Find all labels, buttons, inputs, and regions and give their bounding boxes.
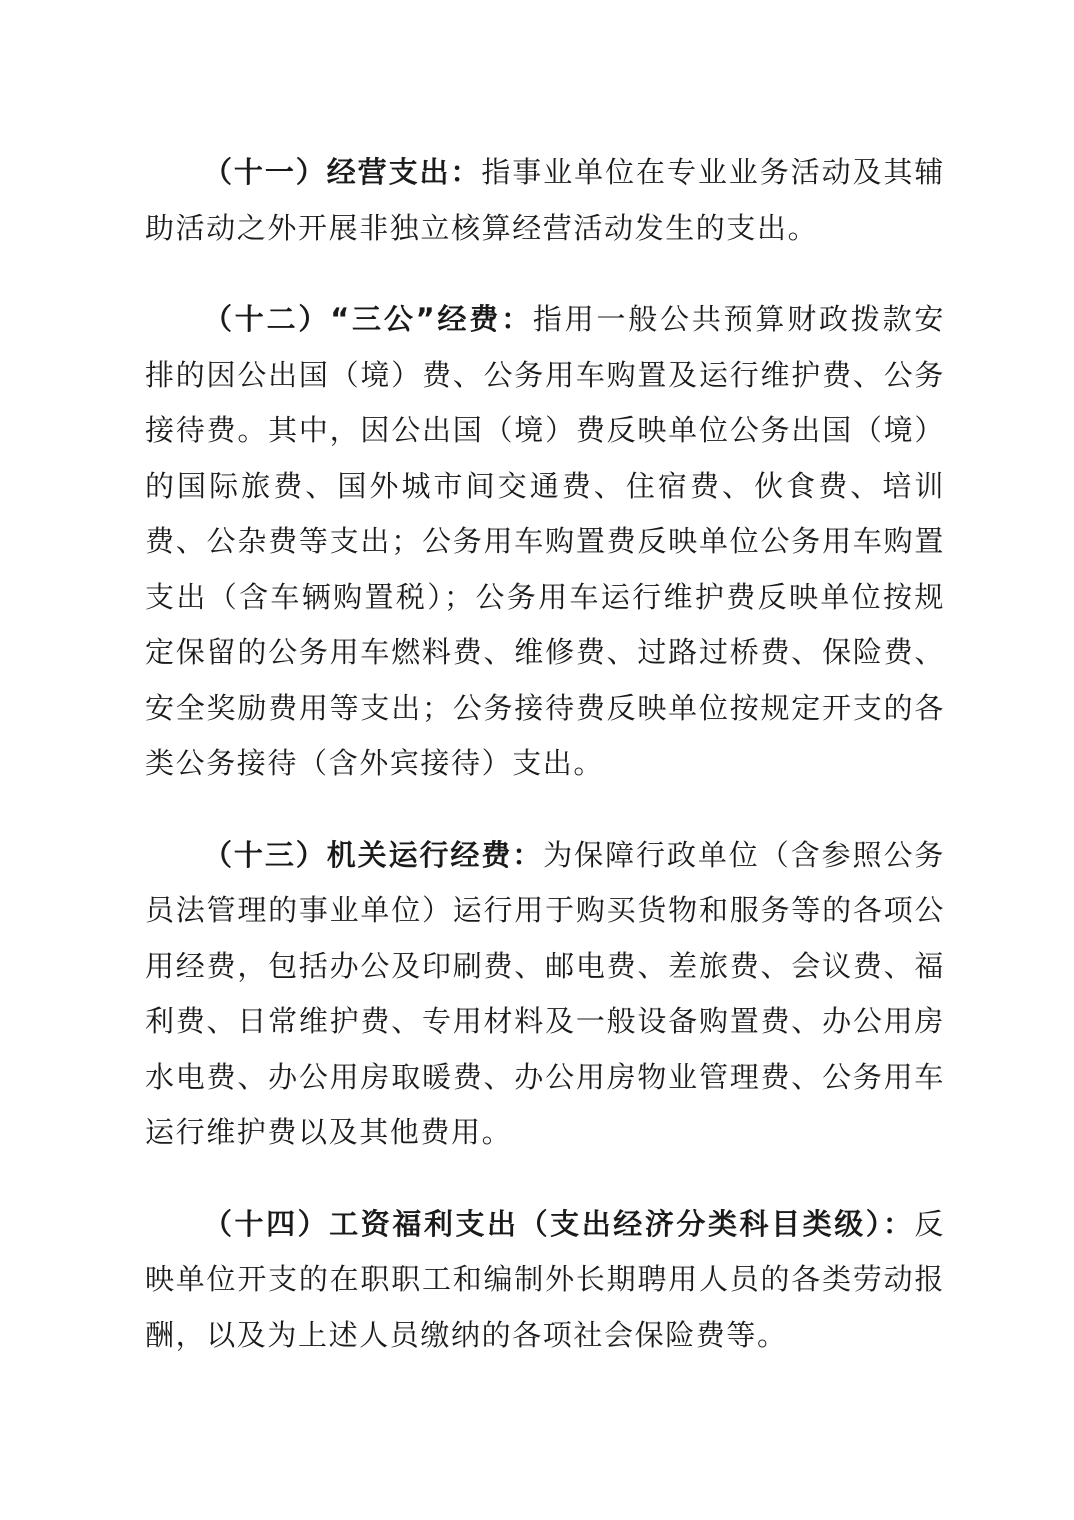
definition-term-14: （十四）工资福利支出（支出经济分类科目类级）：: [203, 1207, 914, 1241]
definition-paragraph-12: （十二）“三公”经费：指用一般公共预算财政拨款安排的因公出国（境）费、公务用车购…: [145, 292, 945, 792]
definition-term-11: （十一）经营支出：: [203, 155, 481, 189]
definition-paragraph-14: （十四）工资福利支出（支出经济分类科目类级）：反映单位开支的在职职工和编制外长期…: [145, 1197, 945, 1364]
item-number: （十四）: [203, 1207, 329, 1241]
document-page: （十一）经营支出：指事业单位在专业业务活动及其辅助活动之外开展非独立核算经营活动…: [145, 145, 945, 1363]
definition-body: 指用一般公共预算财政拨款安排的因公出国（境）费、公务用车购置及运行维护费、公务接…: [145, 302, 945, 780]
item-number: （十二）: [203, 302, 330, 336]
item-number: （十一）: [203, 155, 327, 189]
term-label: 工资福利支出（支出经济分类科目类级）：: [329, 1207, 914, 1241]
item-number: （十三）: [203, 838, 327, 872]
definition-body: 为保障行政单位（含参照公务员法管理的事业单位）运行用于购买货物和服务等的各项公用…: [145, 838, 945, 1150]
definition-term-13: （十三）机关运行经费：: [203, 838, 543, 872]
term-label: 机关运行经费：: [327, 838, 544, 872]
definition-term-12: （十二）“三公”经费：: [203, 302, 533, 336]
term-label: 经营支出：: [327, 155, 482, 189]
definition-paragraph-13: （十三）机关运行经费：为保障行政单位（含参照公务员法管理的事业单位）运行用于购买…: [145, 828, 945, 1161]
definition-paragraph-11: （十一）经营支出：指事业单位在专业业务活动及其辅助活动之外开展非独立核算经营活动…: [145, 145, 945, 256]
term-label: “三公”经费：: [330, 302, 533, 336]
